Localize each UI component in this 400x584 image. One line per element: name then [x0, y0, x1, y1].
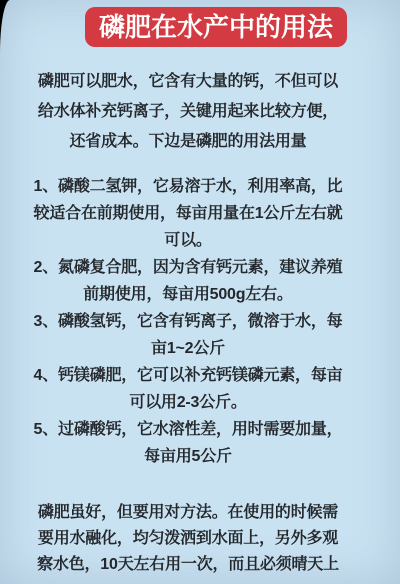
list-item-4: 4、钙镁磷肥，它可以补充钙镁磷元素，每亩可以用2-3公斤。	[0, 362, 388, 416]
text-line: 1、磷酸二氢钾，它易溶于水，利用率高，比	[0, 173, 388, 200]
text-line: 每亩用5公斤	[0, 443, 388, 470]
text-line: 磷肥虽好，但要用对方法。在使用的时候需	[0, 500, 388, 526]
text-line: 磷肥可以肥水，它含有大量的钙，不但可以	[0, 67, 388, 97]
usage-list: 1、磷酸二氢钾，它易溶于水，利用率高，比较适合在前期使用，每亩用量在1公斤左右就…	[0, 173, 400, 470]
text-line: 还省成本。下边是磷肥的用法用量	[0, 127, 388, 157]
text-line: 较适合在前期使用，每亩用量在1公斤左右就	[0, 200, 388, 227]
text-line: 2、氮磷复合肥，因为含有钙元素，建议养殖	[0, 254, 388, 281]
intro-paragraph: 磷肥可以肥水，它含有大量的钙，不但可以给水体补充钙离子，关键用起来比较方便，还省…	[0, 67, 388, 157]
list-item-3: 3、磷酸氢钙，它含有钙离子，微溶于水，每亩1~2公斤	[0, 308, 388, 362]
text-line: 可以用2-3公斤。	[0, 389, 388, 416]
text-line: 前期使用，每亩用500g左右。	[0, 281, 388, 308]
text-line: 亩1~2公斤	[0, 335, 388, 362]
page-title: 磷肥在水产中的用法	[99, 12, 333, 42]
text-line: 给水体补充钙离子，关键用起来比较方便，	[0, 97, 388, 127]
title-banner: 磷肥在水产中的用法	[85, 7, 347, 47]
infographic-card: 磷肥在水产中的用法 磷肥可以肥水，它含有大量的钙，不但可以给水体补充钙离子，关键…	[0, 0, 400, 584]
outro-paragraph: 磷肥虽好，但要用对方法。在使用的时候需要用水融化，均匀泼洒到水面上，另外多观察水…	[0, 500, 388, 578]
screen: 磷肥在水产中的用法 磷肥可以肥水，它含有大量的钙，不但可以给水体补充钙离子，关键…	[0, 0, 400, 584]
list-item-1: 1、磷酸二氢钾，它易溶于水，利用率高，比较适合在前期使用，每亩用量在1公斤左右就…	[0, 173, 388, 254]
text-line: 5、过磷酸钙，它水溶性差，用时需要加量，	[0, 416, 388, 443]
text-line: 3、磷酸氢钙，它含有钙离子，微溶于水，每	[0, 308, 388, 335]
text-line: 可以。	[0, 227, 388, 254]
text-line: 察水色，10天左右用一次，而且必须晴天上	[0, 552, 388, 578]
text-line: 4、钙镁磷肥，它可以补充钙镁磷元素，每亩	[0, 362, 388, 389]
list-item-5: 5、过磷酸钙，它水溶性差，用时需要加量，每亩用5公斤	[0, 416, 388, 470]
list-item-2: 2、氮磷复合肥，因为含有钙元素，建议养殖前期使用，每亩用500g左右。	[0, 254, 388, 308]
text-line: 要用水融化，均匀泼洒到水面上，另外多观	[0, 526, 388, 552]
